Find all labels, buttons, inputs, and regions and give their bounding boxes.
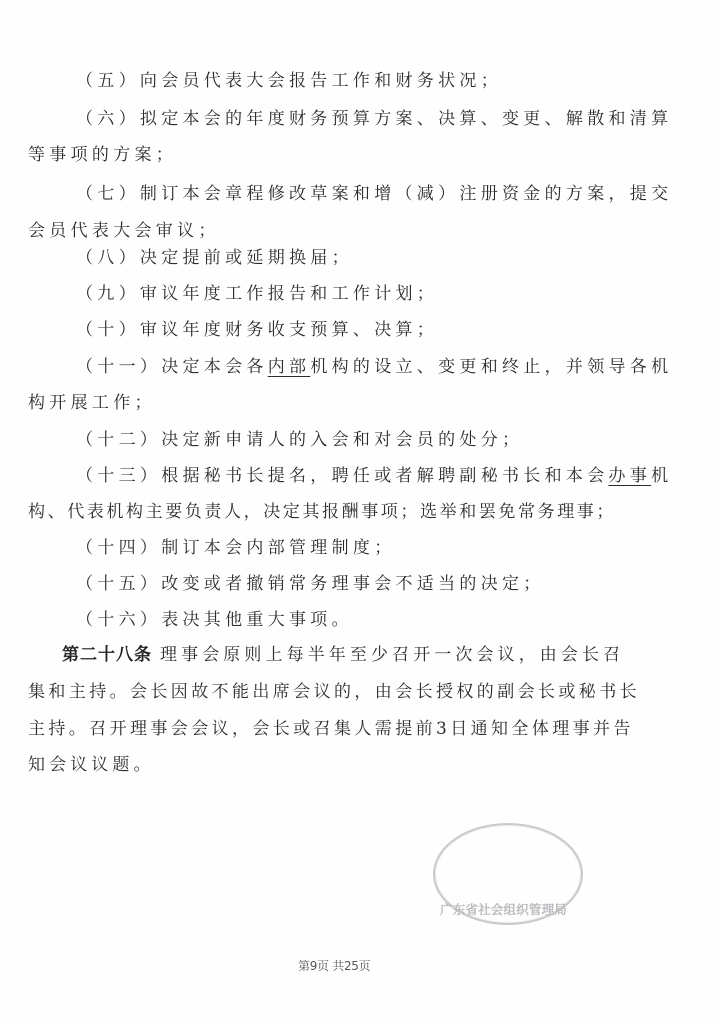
article-text: 知会议议题。 (28, 755, 155, 775)
list-item-continuation: 等事项的方案； (28, 145, 177, 165)
item-number: （十四） (76, 538, 161, 558)
page-number-footer: 第9页 共25页 (298, 957, 370, 974)
list-item: （九）审议年度工作报告和工作计划； (76, 284, 438, 304)
article-text: 集和主持。会长因故不能出席会议的，由会长授权的副会长或秘书长 (28, 682, 640, 702)
item-text: 审议年度工作报告和工作计划； (140, 284, 438, 304)
list-item: （七）制订本会章程修改草案和增（减）注册资金的方案，提交 (76, 184, 672, 204)
item-number: （九） (76, 284, 140, 304)
item-text: 向会员代表大会报告工作和财务状况； (140, 71, 502, 91)
item-number: （十五） (76, 574, 161, 594)
list-item: （八）决定提前或延期换届； (76, 248, 353, 268)
item-number: （十三） (76, 466, 161, 486)
item-number: （十） (76, 320, 140, 340)
article-text: 理事会原则上每半年至少召开一次会议，由会长召 (160, 645, 624, 665)
item-number: （七） (76, 184, 140, 204)
item-text: 决定新申请人的入会和对会员的处分； (161, 430, 523, 450)
list-item-continuation: 构开展工作； (28, 393, 156, 413)
list-item: （十）审议年度财务收支预算、决算； (76, 320, 438, 340)
list-item: （十五）改变或者撤销常务理事会不适当的决定； (76, 574, 545, 594)
list-item: （十二）决定新申请人的入会和对会员的处分； (76, 430, 523, 450)
list-item-continuation: 构、代表机构主要负责人，决定其报酬事项；选举和罢免常务理事； (28, 502, 616, 522)
item-number: （六） (76, 109, 140, 129)
item-text: 决定提前或延期换届； (140, 248, 353, 268)
item-text: 审议年度财务收支预算、决算； (140, 320, 438, 340)
item-number: （十一） (76, 357, 161, 377)
item-text: 制订本会内部管理制度； (161, 538, 395, 558)
list-item-continuation: 会员代表大会审议； (28, 221, 220, 241)
list-item: （十四）制订本会内部管理制度； (76, 538, 396, 558)
list-item: （十六）表决其他重大事项。 (76, 610, 353, 630)
list-item: （六）拟定本会的年度财务预算方案、决算、变更、解散和清算 (76, 109, 672, 129)
item-number: （八） (76, 248, 140, 268)
item-number: （十六） (76, 610, 161, 630)
article-text: 主持。召开理事会会议，会长或召集人需提前3日通知全体理事并告 (28, 719, 634, 739)
item-text: 拟定本会的年度财务预算方案、决算、变更、解散和清算 (140, 109, 673, 129)
stamp-text: 广东省社会组织管理局 (440, 900, 567, 918)
item-number: （五） (76, 71, 140, 91)
item-number: （十二） (76, 430, 161, 450)
underlined-text: 办事 (609, 466, 652, 486)
article-title: 第二十八条 (62, 645, 152, 665)
item-text: 改变或者撤销常务理事会不适当的决定； (161, 574, 544, 594)
item-text: 机 (651, 466, 672, 486)
document-page: （五）向会员代表大会报告工作和财务状况； （六）拟定本会的年度财务预算方案、决算… (0, 0, 718, 1024)
item-text: 表决其他重大事项。 (161, 610, 353, 630)
list-item: （五）向会员代表大会报告工作和财务状况； (76, 71, 502, 91)
item-text: 决定本会各 (161, 357, 268, 377)
list-item: （十三）根据秘书长提名，聘任或者解聘副秘书长和本会办事机 (76, 466, 672, 486)
item-text: 机构的设立、变更和终止，并领导各机 (310, 357, 672, 377)
underlined-text: 内部 (268, 357, 311, 377)
item-text: 根据秘书长提名，聘任或者解聘副秘书长和本会 (161, 466, 608, 486)
list-item: （十一）决定本会各内部机构的设立、变更和终止，并领导各机 (76, 357, 672, 377)
article-paragraph: 第二十八条理事会原则上每半年至少召开一次会议，由会长召 (62, 645, 624, 665)
item-text: 制订本会章程修改草案和增（减）注册资金的方案，提交 (140, 184, 673, 204)
